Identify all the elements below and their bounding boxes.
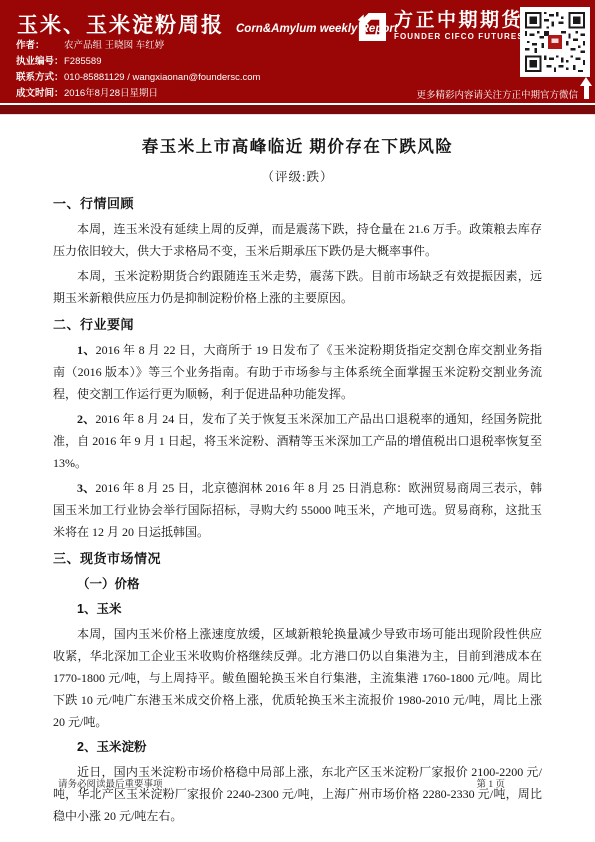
meta-row-date: 成文时间：2016年8月28日星期日: [16, 86, 260, 102]
brand-block: 方正中期期货 FOUNDER CIFCO FUTURES: [356, 10, 524, 42]
news-item-1: 1、2016 年 8 月 22 日，大商所于 19 日发布了《玉米淀粉期货指定交…: [53, 339, 542, 405]
meta-label: 作者：: [16, 38, 64, 54]
report-title-cn: 玉米、玉米淀粉周报: [17, 14, 224, 37]
news-item-number: 2、: [77, 412, 95, 426]
news-item-text: 2016 年 8 月 22 日，大商所于 19 日发布了《玉米淀粉期货指定交割仓…: [53, 343, 542, 401]
section-heading-spot-market: 三、现货市场情况: [53, 548, 542, 570]
qr-code-icon: [520, 7, 590, 77]
meta-value: 农产品组 王晓囡 车红婷: [64, 40, 164, 51]
report-title-block: 玉米、玉米淀粉周报Corn&Amylum weekly Report: [17, 9, 398, 39]
meta-label: 联系方式：: [16, 70, 64, 86]
paragraph-corn-price: 本周，国内玉米价格上涨速度放缓，区域新粮轮换量减少导致市场可能出现阶段性供应收紧…: [53, 623, 542, 733]
footer-disclaimer: 请务必阅读最后重要事项: [58, 776, 163, 790]
group-heading-corn: 1、玉米: [53, 598, 542, 620]
meta-value: F285589: [64, 56, 102, 67]
paragraph-review-2: 本周，玉米淀粉期货合约跟随连玉米走势，震荡下跌。目前市场缺乏有效提振因素，远期玉…: [53, 265, 542, 309]
section-heading-news: 二、行业要闻: [53, 314, 542, 336]
report-meta: 作者：农产品组 王晓囡 车红婷 执业编号：F285589 联系方式：010-85…: [16, 38, 260, 102]
news-item-2: 2、2016 年 8 月 24 日，发布了关于恢复玉米深加工产品出口退税率的通知…: [53, 408, 542, 474]
brand-name-cn: 方正中期期货: [394, 10, 524, 31]
header-banner: 玉米、玉米淀粉周报Corn&Amylum weekly Report 作者：农产…: [0, 0, 595, 103]
meta-value: 010-85881129 / wangxiaonan@foundersc.com: [64, 72, 260, 83]
paragraph-corn-starch-price: 近日，国内玉米淀粉市场价格稳中局部上涨，东北产区玉米淀粉厂家报价 2100-22…: [53, 761, 542, 827]
news-item-number: 1、: [77, 343, 96, 357]
news-item-number: 3、: [77, 481, 95, 495]
meta-row-contact: 联系方式：010-85881129 / wangxiaonan@founders…: [16, 70, 260, 86]
meta-row-license: 执业编号：F285589: [16, 54, 260, 70]
meta-label: 执业编号：: [16, 54, 64, 70]
header-divider-stripe: [0, 105, 595, 115]
meta-label: 成文时间：: [16, 86, 64, 102]
page-number: 第 1 页: [476, 776, 505, 790]
group-heading-corn-starch: 2、玉米淀粉: [53, 736, 542, 758]
meta-value: 2016年8月28日星期日: [64, 88, 158, 99]
brand-names: 方正中期期货 FOUNDER CIFCO FUTURES: [394, 10, 524, 41]
paragraph-review-1: 本周，连玉米没有延续上周的反弹，而是震荡下跌，持仓量在 21.6 万手。政策粮去…: [53, 218, 542, 262]
founder-logo-icon: [356, 11, 387, 42]
document-title: 春玉米上市高峰临近 期价存在下跌风险: [53, 135, 542, 159]
news-item-3: 3、2016 年 8 月 25 日，北京德润林 2016 年 8 月 25 日消…: [53, 477, 542, 543]
news-item-text: 2016 年 8 月 24 日，发布了关于恢复玉米深加工产品出口退税率的通知，经…: [53, 412, 542, 470]
document-body: 春玉米上市高峰临近 期价存在下跌风险 （评级:跌） 一、行情回顾 本周，连玉米没…: [53, 115, 542, 827]
rating-line: （评级:跌）: [53, 166, 542, 188]
brand-name-en: FOUNDER CIFCO FUTURES: [394, 32, 524, 41]
page-footer: 请务必阅读最后重要事项 第 1 页: [0, 776, 595, 790]
wechat-caption: 更多精彩内容请关注方正中期官方微信: [416, 87, 578, 101]
subsection-heading-price: （一）价格: [53, 573, 542, 595]
news-item-text: 2016 年 8 月 25 日，北京德润林 2016 年 8 月 25 日消息称…: [53, 481, 542, 539]
section-heading-review: 一、行情回顾: [53, 193, 542, 215]
report-page: 玉米、玉米淀粉周报Corn&Amylum weekly Report 作者：农产…: [0, 0, 595, 842]
meta-row-author: 作者：农产品组 王晓囡 车红婷: [16, 38, 260, 54]
arrow-up-icon: [580, 77, 592, 99]
